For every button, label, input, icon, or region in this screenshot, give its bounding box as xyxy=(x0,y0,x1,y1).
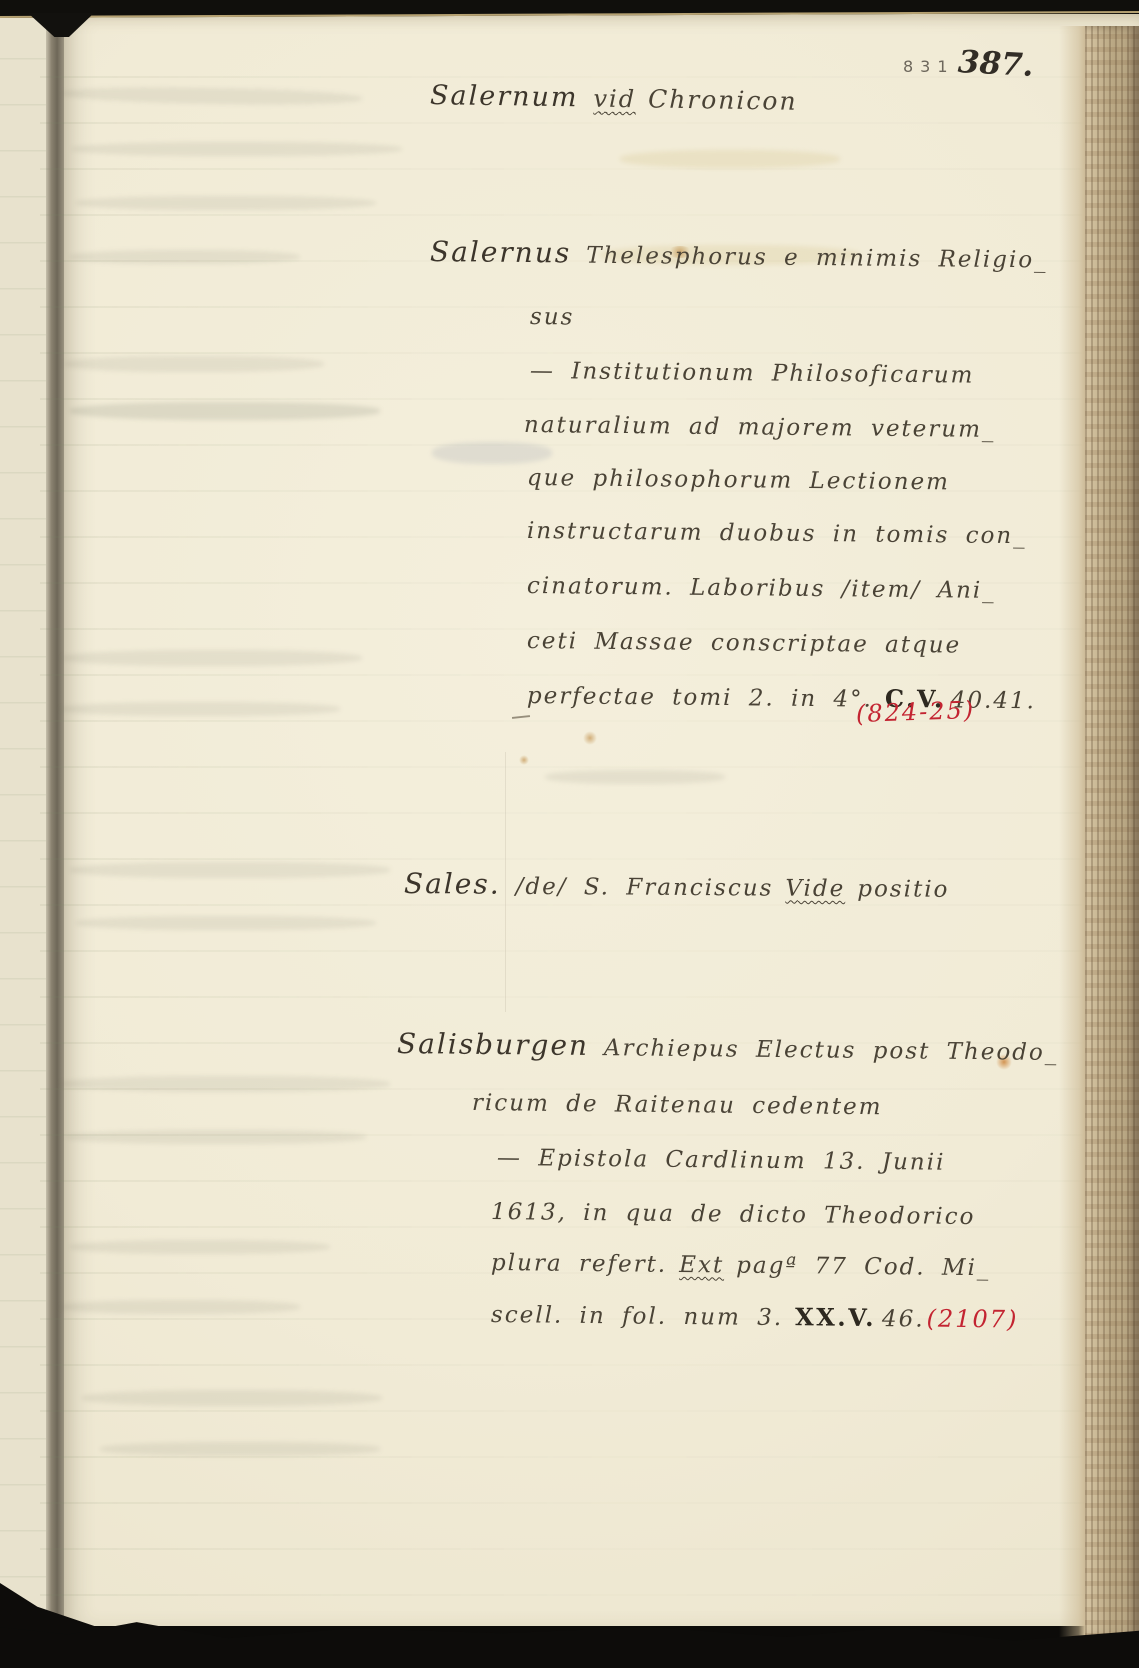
stamped-page-number: 831 xyxy=(903,57,955,76)
header-keyword: Salernum xyxy=(430,80,579,113)
fore-edge-blend xyxy=(1059,26,1085,1638)
vide-reference: Vide xyxy=(785,876,845,902)
facing-page-edge xyxy=(0,12,46,1618)
salernus-body-line: que philosophorum Lectionem xyxy=(527,467,950,494)
header-vide: vid xyxy=(593,85,636,114)
salisburgen-body-line: 1613, in qua de dicto Theodorico xyxy=(491,1201,976,1229)
ruled-lines-overlay xyxy=(0,12,46,1618)
salernus-body-line: ceti Massae conscriptae atque xyxy=(527,630,961,658)
salernus-body-line: naturalium ad majorem veterum_ xyxy=(524,414,996,442)
salernus-heading-continuation: sus xyxy=(530,306,575,329)
red-reference: (824-25) xyxy=(856,698,976,726)
salisburgen-body-line-with-shelfmark: scell. in fol. num 3.XX.V.46.(2107) xyxy=(491,1302,1019,1333)
red-reference: (2107) xyxy=(926,1305,1018,1334)
scan-canvas: 831 387. SalernumvidChronicon SalernusTh… xyxy=(0,0,1139,1668)
salernus-body-line: cinatorum. Laboribus /item/ Ani_ xyxy=(527,575,996,603)
fore-edge xyxy=(1085,26,1139,1638)
entry-body-text: plura refert. xyxy=(491,1250,667,1278)
shelfmark: XX.V. xyxy=(795,1302,876,1332)
entry-body-text: perfectae tomi 2. in 4°. xyxy=(527,683,873,713)
salernus-heading-line: SalernusThelesphorus e minimis Religio_ xyxy=(430,238,1048,272)
salernus-body-line: instructarum duobus in tomis con_ xyxy=(527,520,1027,548)
entry-body-text: positio xyxy=(857,876,949,903)
entry-body-text: scell. in fol. num 3. xyxy=(491,1302,783,1331)
entry-body-text: pagª 77 Cod. Mi_ xyxy=(736,1253,990,1282)
entry-keyword: Sales. xyxy=(404,867,501,901)
folio-number: 387. xyxy=(957,44,1034,84)
entry-heading-text: Archiepus Electus post Theodo_ xyxy=(604,1035,1059,1066)
binding-gutter xyxy=(46,10,64,1622)
header-line: SalernumvidChronicon xyxy=(430,82,798,115)
entry-body-text: /de/ S. Franciscus xyxy=(516,874,774,902)
header-rest: Chronicon xyxy=(648,84,798,115)
entry-keyword: Salisburgen xyxy=(397,1027,589,1062)
sales-entry-line: Sales./de/ S. FranciscusVidepositio xyxy=(404,870,950,902)
shelfmark-numbers: 46. xyxy=(882,1306,925,1332)
salisburgen-body-line: — Epistola Cardlinum 13. Junii xyxy=(497,1147,946,1175)
salisburgen-heading-line: SalisburgenArchiepus Electus post Theodo… xyxy=(397,1030,1059,1065)
ext-reference: Ext xyxy=(679,1252,724,1278)
entry-keyword: Salernus xyxy=(430,235,572,269)
salernus-body-line: — Institutionum Philosoficarum xyxy=(530,360,975,388)
salisburgen-body-line-with-ext: plura refert.Extpagª 77 Cod. Mi_ xyxy=(491,1252,991,1280)
salisburgen-heading-continuation: ricum de Raitenau cedentem xyxy=(472,1092,883,1119)
entry-heading-text: Thelesphorus e minimis Religio_ xyxy=(586,243,1048,274)
